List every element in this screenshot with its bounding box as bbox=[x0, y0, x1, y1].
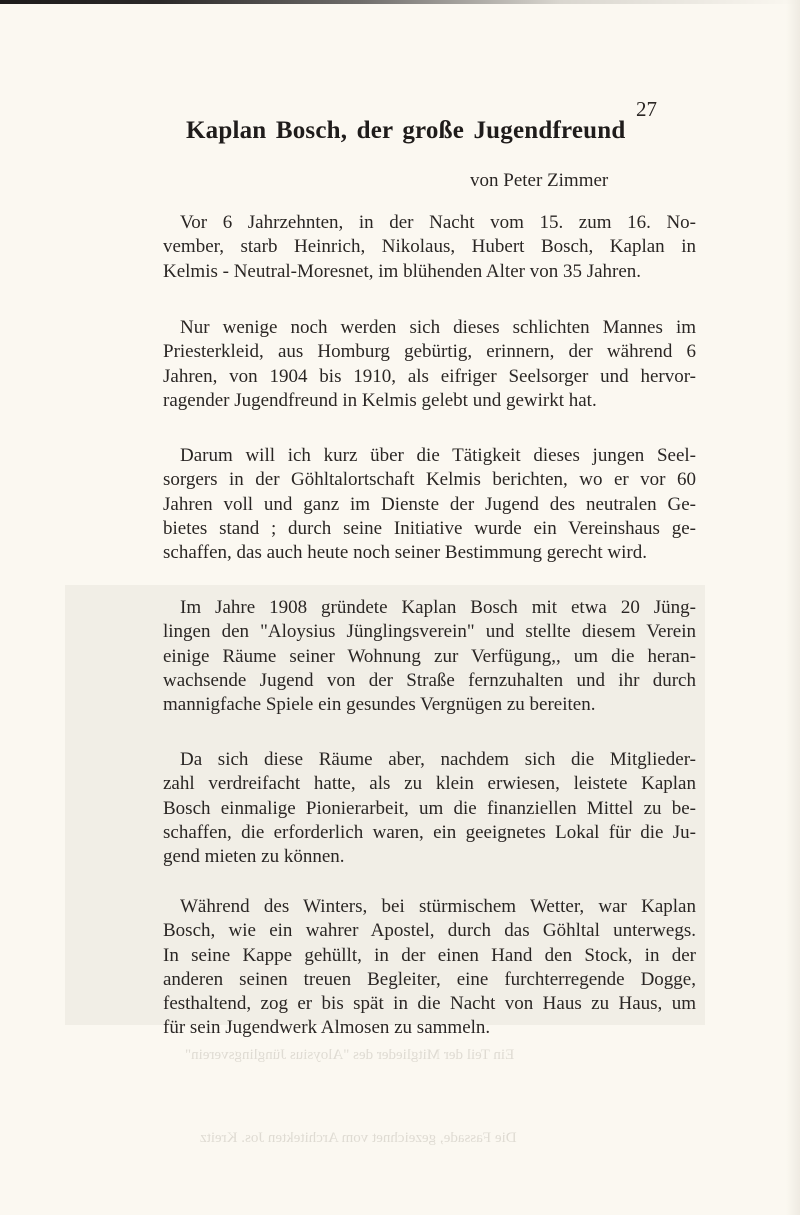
text-line: Da sich diese Räume aber, nachdem sich d… bbox=[163, 748, 696, 772]
text-line: schaffen, das auch heute noch seiner Bes… bbox=[163, 541, 696, 565]
text-line: einige Räume seiner Wohnung zur Verfügun… bbox=[163, 645, 696, 669]
scan-top-shadow bbox=[0, 0, 800, 4]
page-edge bbox=[786, 0, 800, 1215]
text-line: zahl verdreifacht hatte, als zu klein er… bbox=[163, 772, 696, 796]
text-line: Vor 6 Jahrzehnten, in der Nacht vom 15. … bbox=[163, 211, 696, 235]
text-line: sorgers in der Göhltalortschaft Kelmis b… bbox=[163, 468, 696, 492]
article-title: Kaplan Bosch, der große Jugendfreund bbox=[186, 117, 625, 145]
text-line: Kelmis - Neutral-Moresnet, im blühenden … bbox=[163, 260, 696, 284]
text-line: Darum will ich kurz über die Tätigkeit d… bbox=[163, 444, 696, 468]
paragraph: Darum will ich kurz über die Tätigkeit d… bbox=[163, 444, 696, 565]
text-line: festhaltend, zog er bis spät in die Nach… bbox=[163, 992, 696, 1016]
text-line: bietes stand ; durch seine Initiative wu… bbox=[163, 517, 696, 541]
text-line: Jahren, von 1904 bis 1910, als eifriger … bbox=[163, 365, 696, 389]
text-line: mannigfache Spiele ein gesundes Vergnüge… bbox=[163, 693, 696, 717]
page-number: 27 bbox=[636, 97, 657, 122]
paragraph: Während des Winters, bei stürmischem Wet… bbox=[163, 895, 696, 1041]
author-byline: von Peter Zimmer bbox=[470, 170, 608, 192]
text-line: Im Jahre 1908 gründete Kaplan Bosch mit … bbox=[163, 596, 696, 620]
text-line: gend mieten zu können. bbox=[163, 845, 696, 869]
text-line: anderen seinen treuen Begleiter, eine fu… bbox=[163, 968, 696, 992]
text-line: Priesterkleid, aus Homburg gebürtig, eri… bbox=[163, 340, 696, 364]
text-line: Nur wenige noch werden sich dieses schli… bbox=[163, 316, 696, 340]
paragraph: Vor 6 Jahrzehnten, in der Nacht vom 15. … bbox=[163, 211, 696, 284]
bleed-through-caption: Die Fassade, gezeichnet vom Architekten … bbox=[200, 1130, 517, 1147]
text-line: Bosch, wie ein wahrer Apostel, durch das… bbox=[163, 919, 696, 943]
text-line: vember, starb Heinrich, Nikolaus, Hubert… bbox=[163, 235, 696, 259]
bleed-through-caption: Ein Teil der Mitglieder des "Aloysius Jü… bbox=[185, 1047, 514, 1064]
text-line: Während des Winters, bei stürmischem Wet… bbox=[163, 895, 696, 919]
paragraph: Nur wenige noch werden sich dieses schli… bbox=[163, 316, 696, 413]
text-line: Jahren voll und ganz im Dienste der Juge… bbox=[163, 493, 696, 517]
text-line: für sein Jugendwerk Almosen zu sammeln. bbox=[163, 1016, 696, 1040]
text-line: Bosch einmalige Pionierarbeit, um die fi… bbox=[163, 797, 696, 821]
paragraph: Da sich diese Räume aber, nachdem sich d… bbox=[163, 748, 696, 869]
text-line: In seine Kappe gehüllt, in der einen Han… bbox=[163, 944, 696, 968]
text-line: wachsende Jugend von der Straße fernzuha… bbox=[163, 669, 696, 693]
paragraph: Im Jahre 1908 gründete Kaplan Bosch mit … bbox=[163, 596, 696, 717]
text-line: lingen den "Aloysius Jünglingsverein" un… bbox=[163, 620, 696, 644]
text-line: schaffen, die erforderlich waren, ein ge… bbox=[163, 821, 696, 845]
text-line: ragender Jugendfreund in Kelmis gelebt u… bbox=[163, 389, 696, 413]
